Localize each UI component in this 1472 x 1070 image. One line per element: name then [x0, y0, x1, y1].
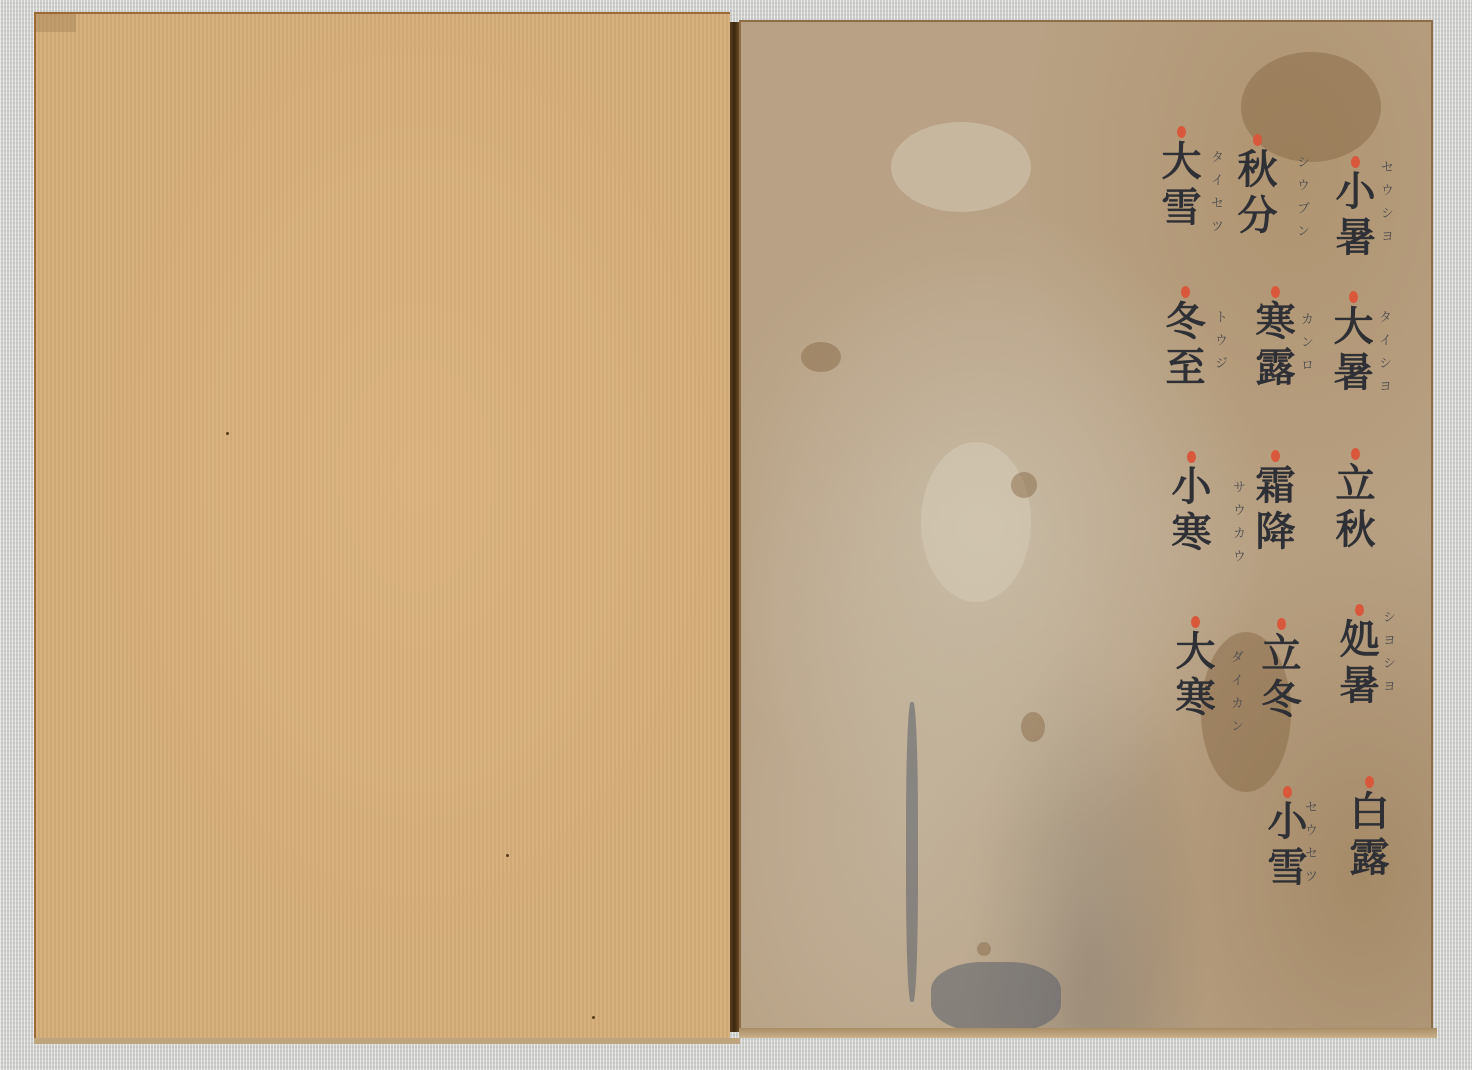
left-page-blank	[34, 12, 730, 1040]
solar-term: 小寒	[1166, 465, 1210, 557]
open-book: 小暑 セウシヨ 大暑 タイシヨ 立秋 処暑 シヨシヨ 白露 秋分 シウブン 寒露…	[0, 0, 1472, 1070]
red-mark	[1351, 448, 1360, 460]
solar-term: 小暑	[1330, 170, 1374, 262]
water-stain	[921, 442, 1031, 602]
term-kanji: 小寒	[1165, 465, 1212, 557]
furigana: サウカウ	[1228, 480, 1247, 572]
paper-speck	[592, 1016, 595, 1019]
term-kanji: 立秋	[1329, 462, 1376, 554]
term-kanji: 小暑	[1329, 170, 1376, 262]
red-mark	[1271, 450, 1280, 462]
paper-speck	[506, 854, 509, 857]
red-mark	[1253, 134, 1262, 146]
furigana: セウシヨ	[1376, 160, 1395, 252]
solar-term: 大雪	[1156, 140, 1200, 232]
term-kanji: 白露	[1343, 790, 1390, 882]
ink-stain	[931, 962, 1061, 1032]
red-mark	[1181, 286, 1190, 298]
corner-stain	[36, 14, 76, 32]
red-mark	[1187, 451, 1196, 463]
solar-term: 寒露	[1250, 300, 1294, 392]
solar-term: 霜降	[1250, 464, 1294, 556]
term-kanji: 寒露	[1249, 300, 1296, 392]
red-mark	[1177, 126, 1186, 138]
term-kanji: 大雪	[1155, 140, 1202, 232]
furigana: カンロ	[1296, 312, 1315, 381]
solar-term: 冬至	[1160, 300, 1204, 392]
water-stain	[1021, 712, 1045, 742]
red-mark	[1271, 286, 1280, 298]
solar-term: 白露	[1344, 790, 1388, 882]
furigana: タイシヨ	[1374, 310, 1393, 402]
term-kanji: 大寒	[1169, 630, 1216, 722]
left-page-edge	[34, 1038, 740, 1044]
book-gutter	[730, 22, 739, 1032]
furigana: セウセツ	[1300, 800, 1319, 892]
red-mark	[1283, 786, 1292, 798]
red-mark	[1365, 776, 1374, 788]
right-page-edge	[739, 1028, 1437, 1038]
solar-term: 立冬	[1256, 632, 1300, 724]
term-kanji: 大暑	[1327, 305, 1374, 397]
term-kanji: 立冬	[1255, 632, 1302, 724]
paper-speck	[226, 432, 229, 435]
furigana: ダイカン	[1226, 650, 1245, 742]
red-mark	[1191, 616, 1200, 628]
red-mark	[1277, 618, 1286, 630]
water-stain	[1241, 52, 1381, 162]
solar-term: 秋分	[1232, 148, 1276, 240]
solar-term: 処暑	[1334, 618, 1378, 710]
furigana: シヨシヨ	[1378, 610, 1397, 702]
water-stain	[1011, 472, 1037, 498]
red-mark	[1349, 291, 1358, 303]
furigana: トウジ	[1210, 310, 1229, 379]
furigana: シウブン	[1292, 155, 1311, 247]
red-mark	[1351, 156, 1360, 168]
solar-term: 大寒	[1170, 630, 1214, 722]
water-stain	[801, 342, 841, 372]
term-kanji: 処暑	[1333, 618, 1380, 710]
water-stain	[891, 122, 1031, 212]
term-kanji: 霜降	[1249, 464, 1296, 556]
furigana: タイセツ	[1206, 150, 1225, 242]
term-kanji: 冬至	[1159, 300, 1206, 392]
water-stain	[977, 942, 991, 956]
ink-drip-stain	[906, 702, 918, 1002]
red-mark	[1355, 604, 1364, 616]
solar-term: 大暑	[1328, 305, 1372, 397]
term-kanji: 秋分	[1231, 148, 1278, 240]
solar-term: 立秋	[1330, 462, 1374, 554]
